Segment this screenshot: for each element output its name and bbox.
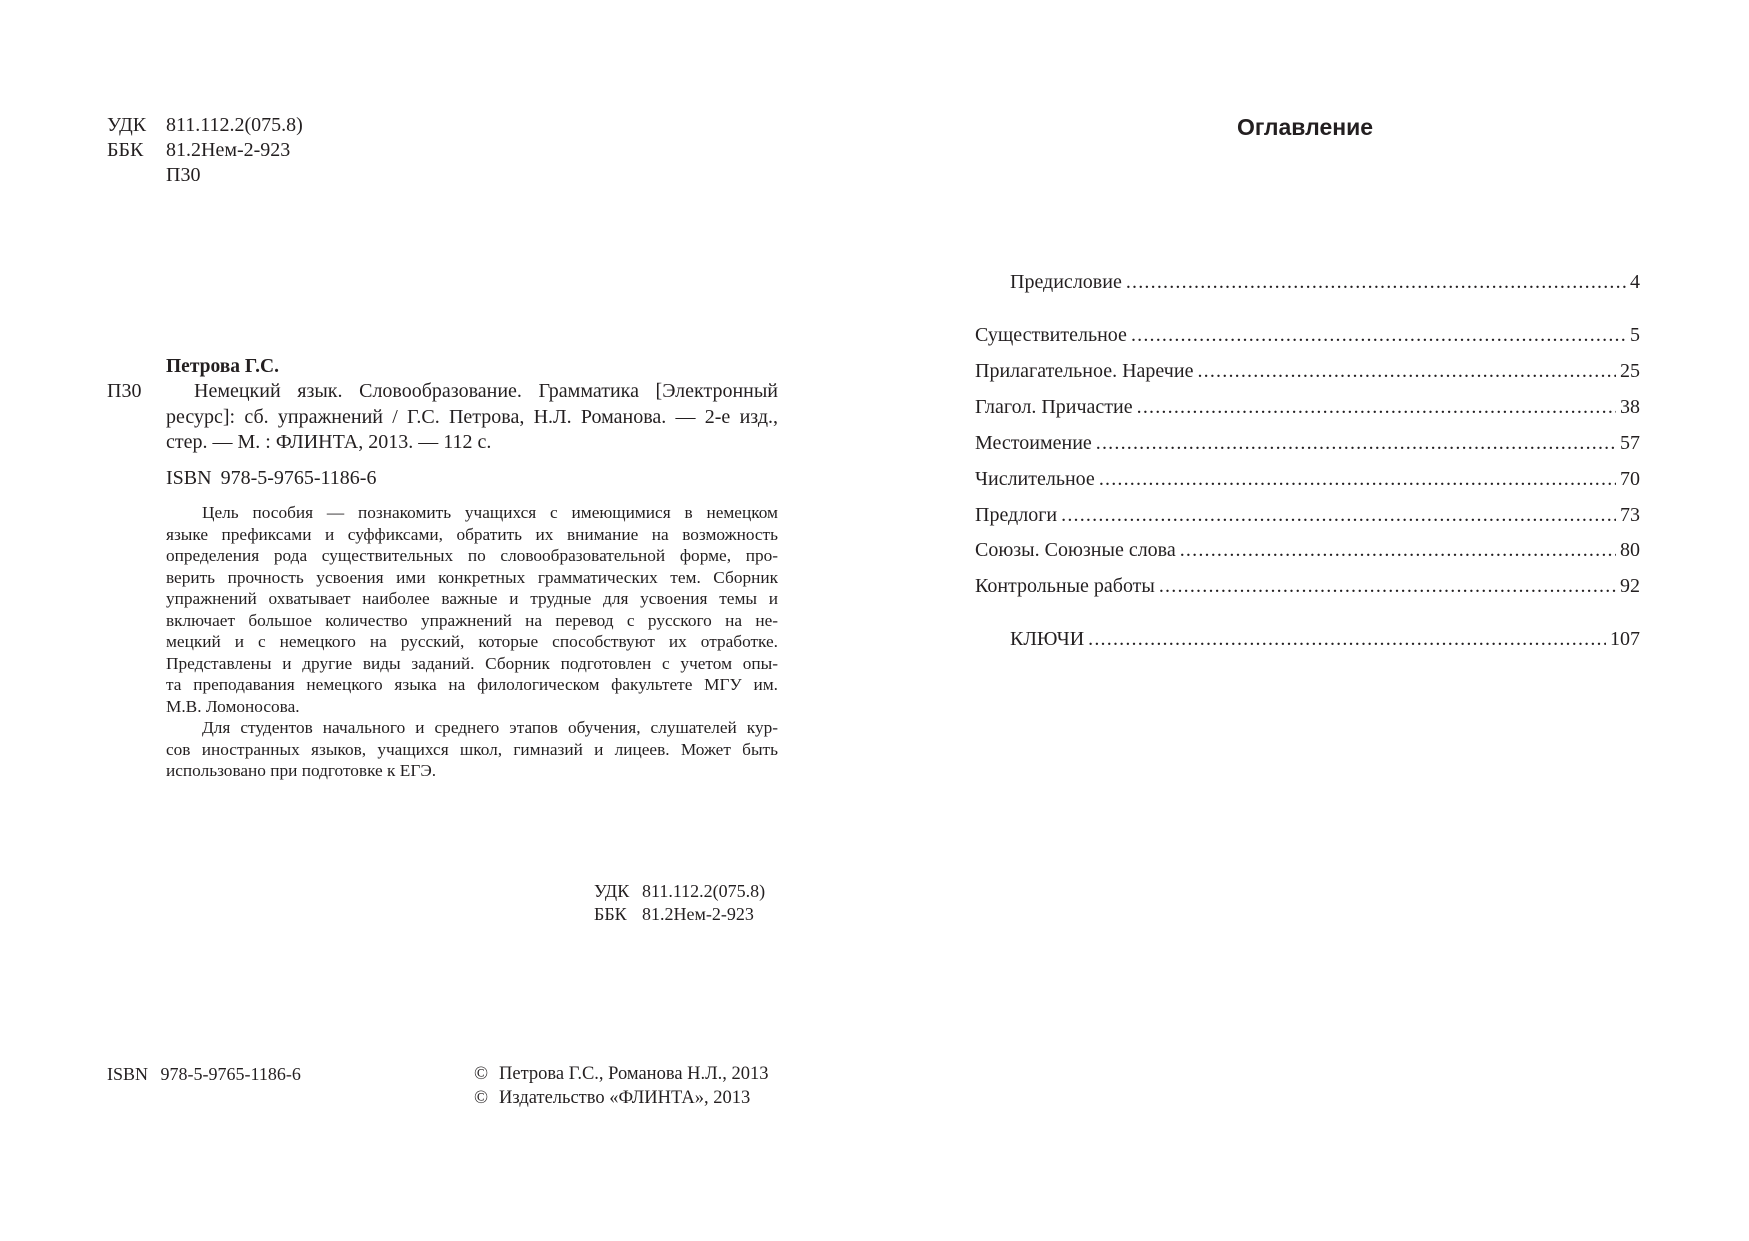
toc-entry[interactable]: Союзы. Союзные слова80 <box>975 538 1640 563</box>
annotation: Цель пособия — познакомить учащихся с им… <box>166 502 778 782</box>
toc-entry[interactable]: Прилагательное. Наречие25 <box>975 359 1640 384</box>
udk-label: УДК <box>107 113 166 138</box>
toc-entry-page-number: 92 <box>1616 574 1640 599</box>
dot-leader <box>1088 627 1606 652</box>
toc-entry-page-number: 107 <box>1606 627 1640 652</box>
udk-value: 811.112.2(075.8) <box>166 113 303 138</box>
bib-line: стер. — М. : ФЛИНТА, 2013. — 112 с. <box>166 430 778 456</box>
udk-row: УДК 811.112.2(075.8) <box>107 113 303 138</box>
toc-entry-page-number: 70 <box>1616 467 1640 492</box>
copyright-text: Издательство «ФЛИНТА», 2013 <box>499 1087 750 1111</box>
dot-leader <box>1061 503 1616 528</box>
copyright-icon: © <box>474 1087 499 1111</box>
toc-title: Оглавление <box>1237 114 1373 140</box>
toc-entry-label: Предлоги <box>975 503 1061 528</box>
copyright-text: Петрова Г.С., Романова Н.Л., 2013 <box>499 1063 769 1087</box>
toc-entry-page-number: 4 <box>1626 270 1640 295</box>
toc-entry-page-number: 25 <box>1616 359 1640 384</box>
bib-line: ресурс]: сб. упражнений / Г.С. Петрова, … <box>166 405 778 431</box>
toc-entry-label: Местоимение <box>975 431 1096 456</box>
toc-entry-label: Числительное <box>975 467 1099 492</box>
toc-entry-label: Союзы. Союзные слова <box>975 538 1180 563</box>
bbk-value: 81.2Нем-2-923 <box>166 138 290 163</box>
toc-entry-page-number: 57 <box>1616 431 1640 456</box>
bbk-label: ББК <box>594 903 642 926</box>
annotation-line: мецкий и с немецкого на русский, которые… <box>166 631 778 653</box>
annotation-line: языке префиксами и суффиксами, обратить … <box>166 524 778 546</box>
toc-entry-label: Глагол. Причастие <box>975 395 1137 420</box>
bibliographic-description: Немецкий язык. Словообразование. Граммат… <box>166 379 778 456</box>
author-mark: П30 <box>107 379 141 404</box>
bbk-label: ББК <box>107 138 166 163</box>
toc-entry-label: Контрольные работы <box>975 574 1159 599</box>
toc-entry-label: Прилагательное. Наречие <box>975 359 1197 384</box>
dot-leader <box>1126 270 1626 295</box>
bib-line: Немецкий язык. Словообразование. Граммат… <box>166 379 778 405</box>
annotation-line: упражнений охватывает наиболее важные и … <box>166 588 778 610</box>
classification-codes-bottom: УДК 811.112.2(075.8) ББК 81.2Нем-2-923 <box>594 880 765 926</box>
toc-entry-page-number: 5 <box>1626 323 1640 348</box>
dot-leader <box>1131 323 1626 348</box>
toc-entry-label: Предисловие <box>1010 270 1126 295</box>
dot-leader <box>1099 467 1616 492</box>
dot-leader <box>1180 538 1616 563</box>
toc-entry[interactable]: Местоимение57 <box>975 431 1640 456</box>
toc-entry-page-number: 80 <box>1616 538 1640 563</box>
annotation-line: Представлены и другие виды заданий. Сбор… <box>166 653 778 675</box>
annotation-line: Для студентов начального и среднего этап… <box>166 717 778 739</box>
copyright-line: © Издательство «ФЛИНТА», 2013 <box>474 1087 769 1111</box>
bbk-value: 81.2Нем-2-923 <box>642 903 754 926</box>
toc-entry[interactable]: КЛЮЧИ107 <box>1010 627 1640 652</box>
classification-codes-top: УДК 811.112.2(075.8) ББК 81.2Нем-2-923 П… <box>107 113 303 188</box>
toc-entry[interactable]: Существительное5 <box>975 323 1640 348</box>
dot-leader <box>1096 431 1616 456</box>
bbk-row: ББК 81.2Нем-2-923 <box>107 138 303 163</box>
toc-entry-page-number: 73 <box>1616 503 1640 528</box>
annotation-line: та преподавания немецкого языка на филол… <box>166 674 778 696</box>
toc-entry[interactable]: Предлоги73 <box>975 503 1640 528</box>
annotation-line: определения рода существительных по слов… <box>166 545 778 567</box>
author-name: Петрова Г.С. <box>166 354 279 379</box>
dot-leader <box>1197 359 1616 384</box>
author-mark-row: П30 <box>107 163 303 188</box>
author-mark-top: П30 <box>166 163 200 188</box>
toc-entry[interactable]: Числительное70 <box>975 467 1640 492</box>
udk-row: УДК 811.112.2(075.8) <box>594 880 765 903</box>
annotation-line: Цель пособия — познакомить учащихся с им… <box>166 502 778 524</box>
dot-leader <box>1159 574 1616 599</box>
udk-value: 811.112.2(075.8) <box>642 880 765 903</box>
toc-entry[interactable]: Контрольные работы92 <box>975 574 1640 599</box>
bbk-row: ББК 81.2Нем-2-923 <box>594 903 765 926</box>
toc-entry[interactable]: Глагол. Причастие38 <box>975 395 1640 420</box>
annotation-line: сов иностранных языков, учащихся школ, г… <box>166 739 778 761</box>
dot-leader <box>1137 395 1616 420</box>
toc-entry-page-number: 38 <box>1616 395 1640 420</box>
annotation-line: использовано при подготовке к ЕГЭ. <box>166 760 778 782</box>
toc-entry-label: Существительное <box>975 323 1131 348</box>
toc-entry[interactable]: Предисловие4 <box>1010 270 1640 295</box>
isbn: ISBN 978-5-9765-1186-6 <box>166 466 376 491</box>
copyright-line: © Петрова Г.С., Романова Н.Л., 2013 <box>474 1063 769 1087</box>
copyright-icon: © <box>474 1063 499 1087</box>
annotation-line: М.В. Ломоносова. <box>166 696 778 718</box>
annotation-line: включает большое количество упражнений н… <box>166 610 778 632</box>
udk-label: УДК <box>594 880 642 903</box>
toc-entry-label: КЛЮЧИ <box>1010 627 1088 652</box>
isbn-bottom: ISBN 978-5-9765-1186-6 <box>107 1063 301 1086</box>
copyright-block: © Петрова Г.С., Романова Н.Л., 2013 © Из… <box>474 1063 769 1110</box>
annotation-line: верить прочность усвоения ими конкретных… <box>166 567 778 589</box>
